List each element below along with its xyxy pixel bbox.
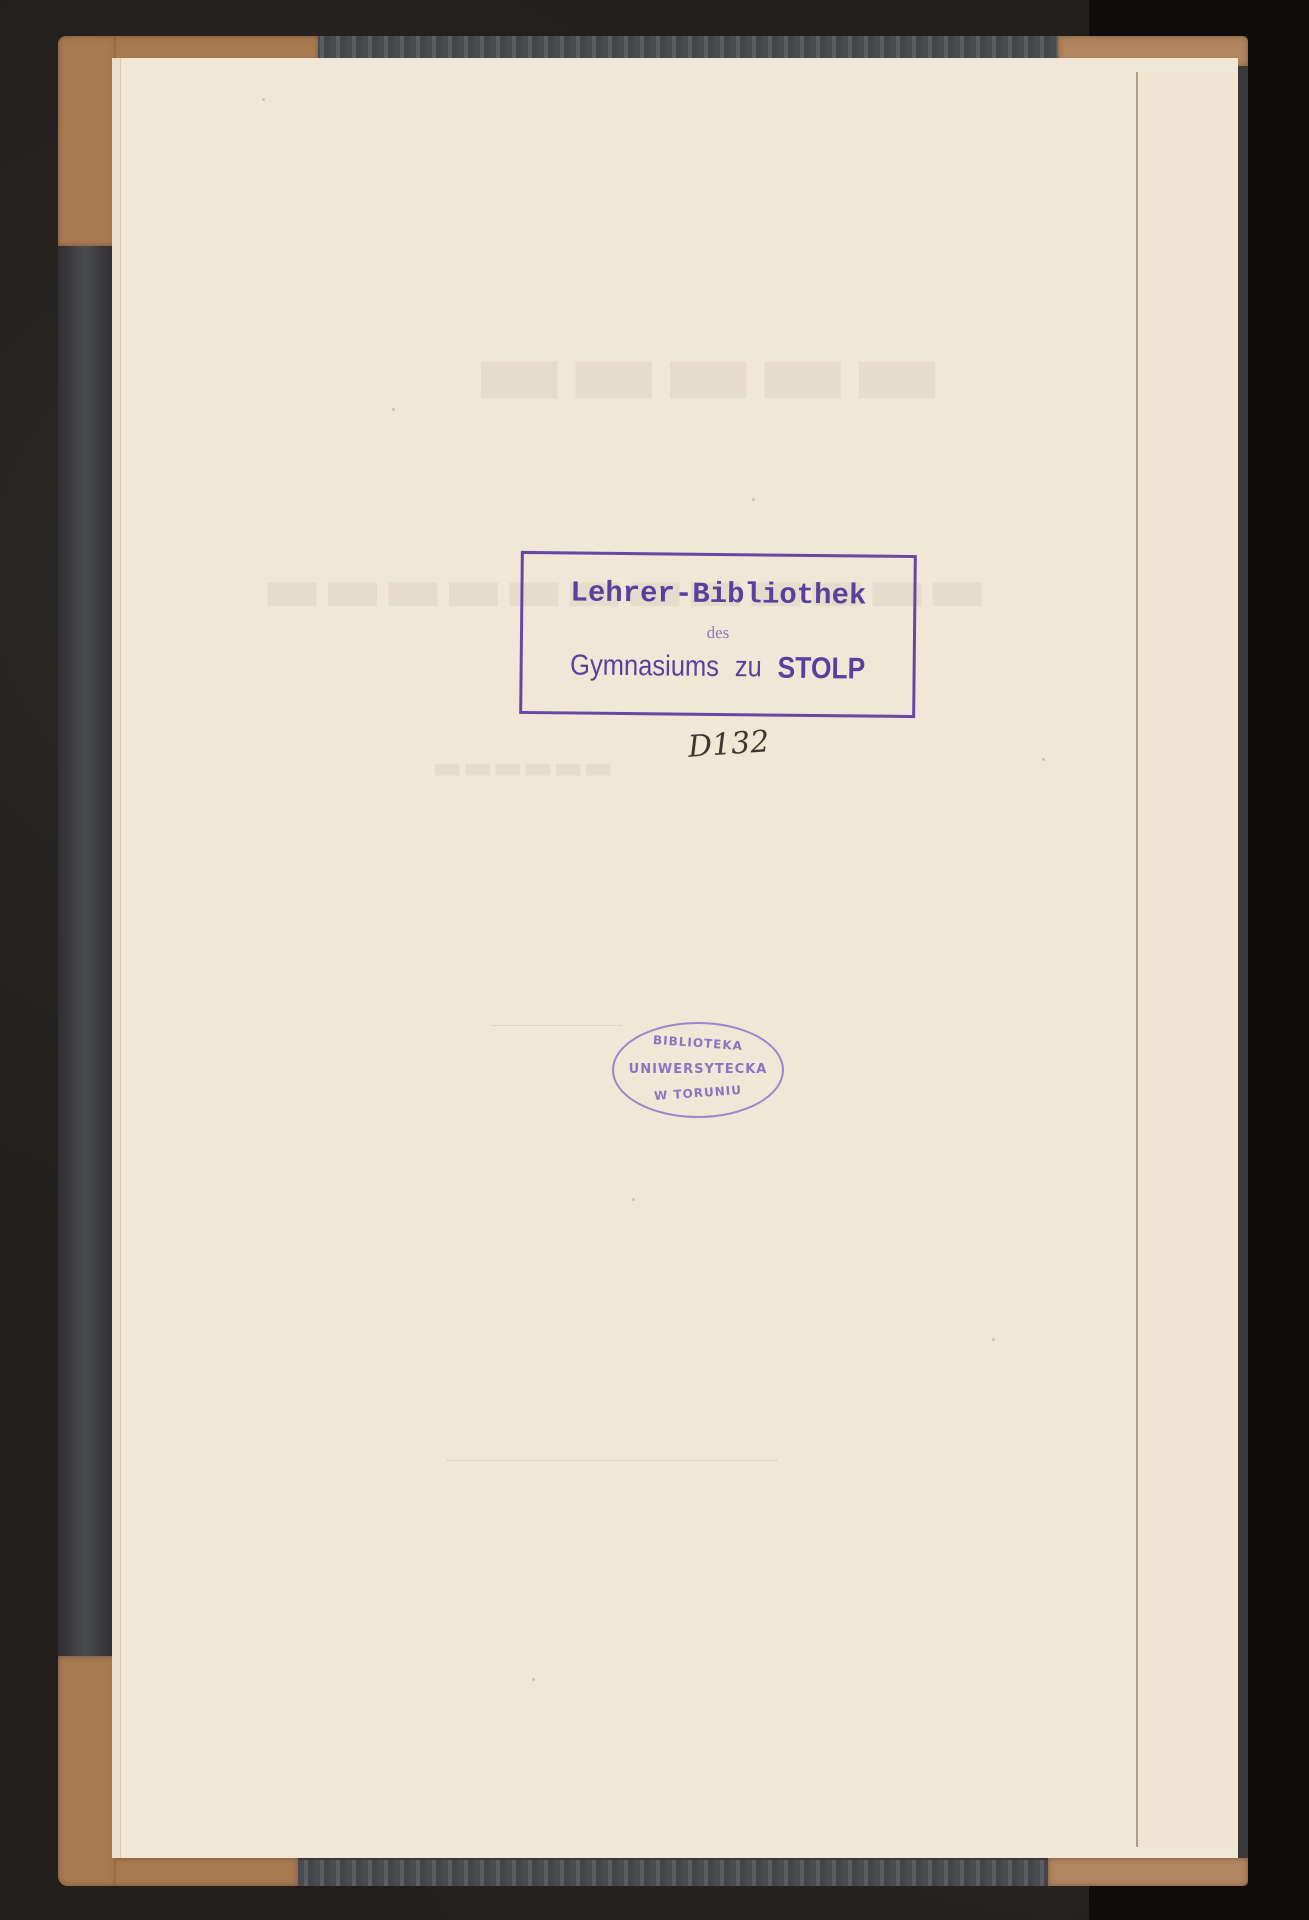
show-through-author: ▬▬▬▬▬▬ [432, 748, 613, 786]
cover-cloth-left [58, 236, 118, 1686]
stamp-word-gymnasiums: Gymnasiums [570, 649, 719, 685]
stamp-line-school: Gymnasiums zu STOLP [555, 649, 881, 686]
stamp-word-zu: zu [735, 651, 762, 685]
leather-edge-bottom-right [1048, 1858, 1248, 1886]
cover-cloth-bottom [298, 1860, 1118, 1886]
leather-corner-bottom-left-side [58, 1656, 116, 1886]
show-through-rule-bottom [447, 1460, 777, 1461]
show-through-title: ▬▬▬▬▬ [472, 313, 944, 430]
stamp-line-library: Lehrer-Bibliothek [523, 576, 913, 613]
oval-stamp-line2: UNIWERSYTECKA [614, 1062, 782, 1077]
stamp-word-stolp: STOLP [777, 652, 865, 687]
book-page: ▬▬▬▬▬ ▬▬▬▬▬▬▬▬▬▬▬▬ ▬▬▬▬▬▬ [112, 58, 1238, 1858]
oval-stamp-line3: W TORUNIU [614, 1080, 783, 1106]
stamp-line-des: des [523, 621, 913, 645]
show-through-rule [492, 1025, 622, 1026]
adjacent-page-edge [1138, 72, 1238, 1847]
library-ownership-stamp: Lehrer-Bibliothek des Gymnasiums zu STOL… [519, 551, 917, 718]
handwritten-shelfmark: D132 [687, 724, 771, 765]
page-inner-edge [112, 58, 121, 1858]
university-library-stamp: BIBLIOTEKA UNIWERSYTECKA W TORUNIU [612, 1022, 784, 1118]
leather-corner-top-left-side [58, 36, 116, 246]
